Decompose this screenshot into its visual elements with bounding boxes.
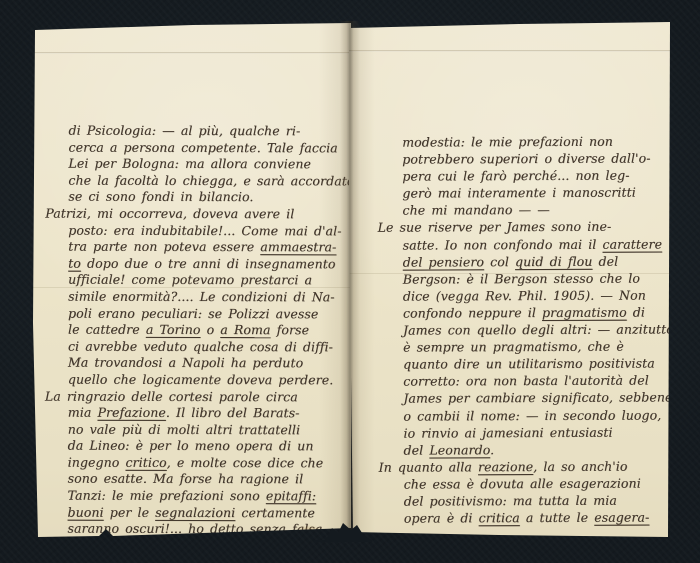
handwriting-line: io rinvio ai jamesiani entusiasti [403,424,673,442]
fold-crease-horizontal-left [33,52,351,54]
handwriting-line: satte. Io non confondo mai il carattere [403,236,673,254]
handwriting-line: se ci sono fondi in bilancio. [68,189,354,206]
handwriting-line: tra parte non poteva essere ammaestra- [68,239,354,256]
handwriting-line: potrebbero superiori o diverse dall'o- [402,151,672,169]
fold-crease-faint-left [33,287,351,288]
fold-crease-faint-right [349,273,670,274]
handwriting-line: o cambii il nome: — in secondo luogo, [403,407,673,425]
handwriting-line: simile enormità?.... Le condizioni di Na… [68,289,354,306]
center-fold [340,21,360,539]
handwriting-line: poli erano peculiari: se Polizzi avesse [68,305,354,322]
handwriting-line: da Lineo: è per lo meno opera di un [68,438,354,455]
handwriting-line: che mi mandano — — [402,202,672,220]
handwriting-line: James con quello degli altri: — anzitutt… [403,321,673,339]
handwriting-line: Lei per Bologna: ma allora conviene [68,156,354,173]
handwriting-line: ci avrebbe veduto qualche cosa di diffi- [68,338,354,355]
handwriting-line: che la facoltà lo chiegga, e sarà accord… [68,172,354,189]
handwriting-line: dice (vegga Rev. Phil. 1905). — Non [403,287,673,305]
handwriting-line: Le sue riserve per James sono ine- [378,219,673,237]
fold-crease-horizontal-right [349,50,670,52]
letter-page-right: modestia: le mie prefazioni nonpotrebber… [349,21,670,539]
handwriting-line: Ma trovandosi a Napoli ha perduto [68,355,354,372]
handwriting-line: buoni per le segnalazioni certamente [68,504,354,521]
handwriting-line: Patrizi, mi occorreva, doveva avere il [45,206,354,223]
handwriting-line: cerca a persona competente. Tale faccia [68,139,354,156]
handwriting-line: James per cambiare significato, sebbene [403,390,673,408]
handwriting-line: Tanzi: le mie prefazioni sono epitaffi: [68,488,354,505]
photo-background: di Psicologia: — al più, qualche ri-cerc… [0,0,700,563]
handwriting-line: La ringrazio delle cortesi parole circa [45,388,354,405]
handwriting-line: del Leonardo. [403,441,673,459]
handwriting-line: mia Prefazione. Il libro del Barats- [68,405,354,422]
handwriting-line: di Psicologia: — al più, qualche ri- [69,123,355,140]
handwriting-line: no vale più di molti altri trattatelli [68,421,354,438]
handwriting-line: che essa è dovuta alle esagerazioni [404,475,674,493]
handwriting-line: è sempre un pragmatismo, che è [403,339,673,357]
handwriting-line: to dopo due o tre anni di insegnamento [68,255,354,272]
letter-page-left: di Psicologia: — al più, qualche ri-cerc… [33,23,351,538]
handwriting-line: quello che logicamente doveva perdere. [68,372,354,389]
handwriting-line: modestia: le mie prefazioni non [402,133,672,151]
handwriting-line: quanto dire un utilitarismo positivista [403,356,673,374]
handwriting-line: del positivismo: ma tutta la mia [404,492,674,510]
handwriting-line: posto: era indubitabile!... Come mai d'a… [68,222,354,239]
handwriting-right: modestia: le mie prefazioni nonpotrebber… [402,133,674,527]
handwriting-line: ufficiale! come potevamo prestarci a [68,272,354,289]
handwriting-line: saranno oscuri!... ho detto senza falsa [67,521,353,538]
stain [295,525,323,535]
handwriting-line: corretto: ora non basta l'autorità del [403,373,673,391]
handwriting-line: Bergson: è il Bergson stesso che lo [403,270,673,288]
handwriting-line: opera è di critica a tutte le esagera- [404,509,674,527]
handwriting-line: sono esatte. Ma forse ha ragione il [68,471,354,488]
handwriting-line: confondo neppure il pragmatismo di [403,304,673,322]
handwriting-line: del pensiero col quid di flou del [403,253,673,271]
handwriting-line: gerò mai interamente i manoscritti [402,185,672,203]
handwriting-line: le cattedre a Torino o a Roma forse [68,322,354,339]
handwriting-left: di Psicologia: — al più, qualche ri-cerc… [67,123,354,539]
handwriting-line: In quanto alla reazione, la so anch'io [379,458,674,476]
handwriting-line: ingegno critico, e molte cose dice che [68,455,354,472]
handwriting-line: pera cui le farò perché... non leg- [402,168,672,186]
